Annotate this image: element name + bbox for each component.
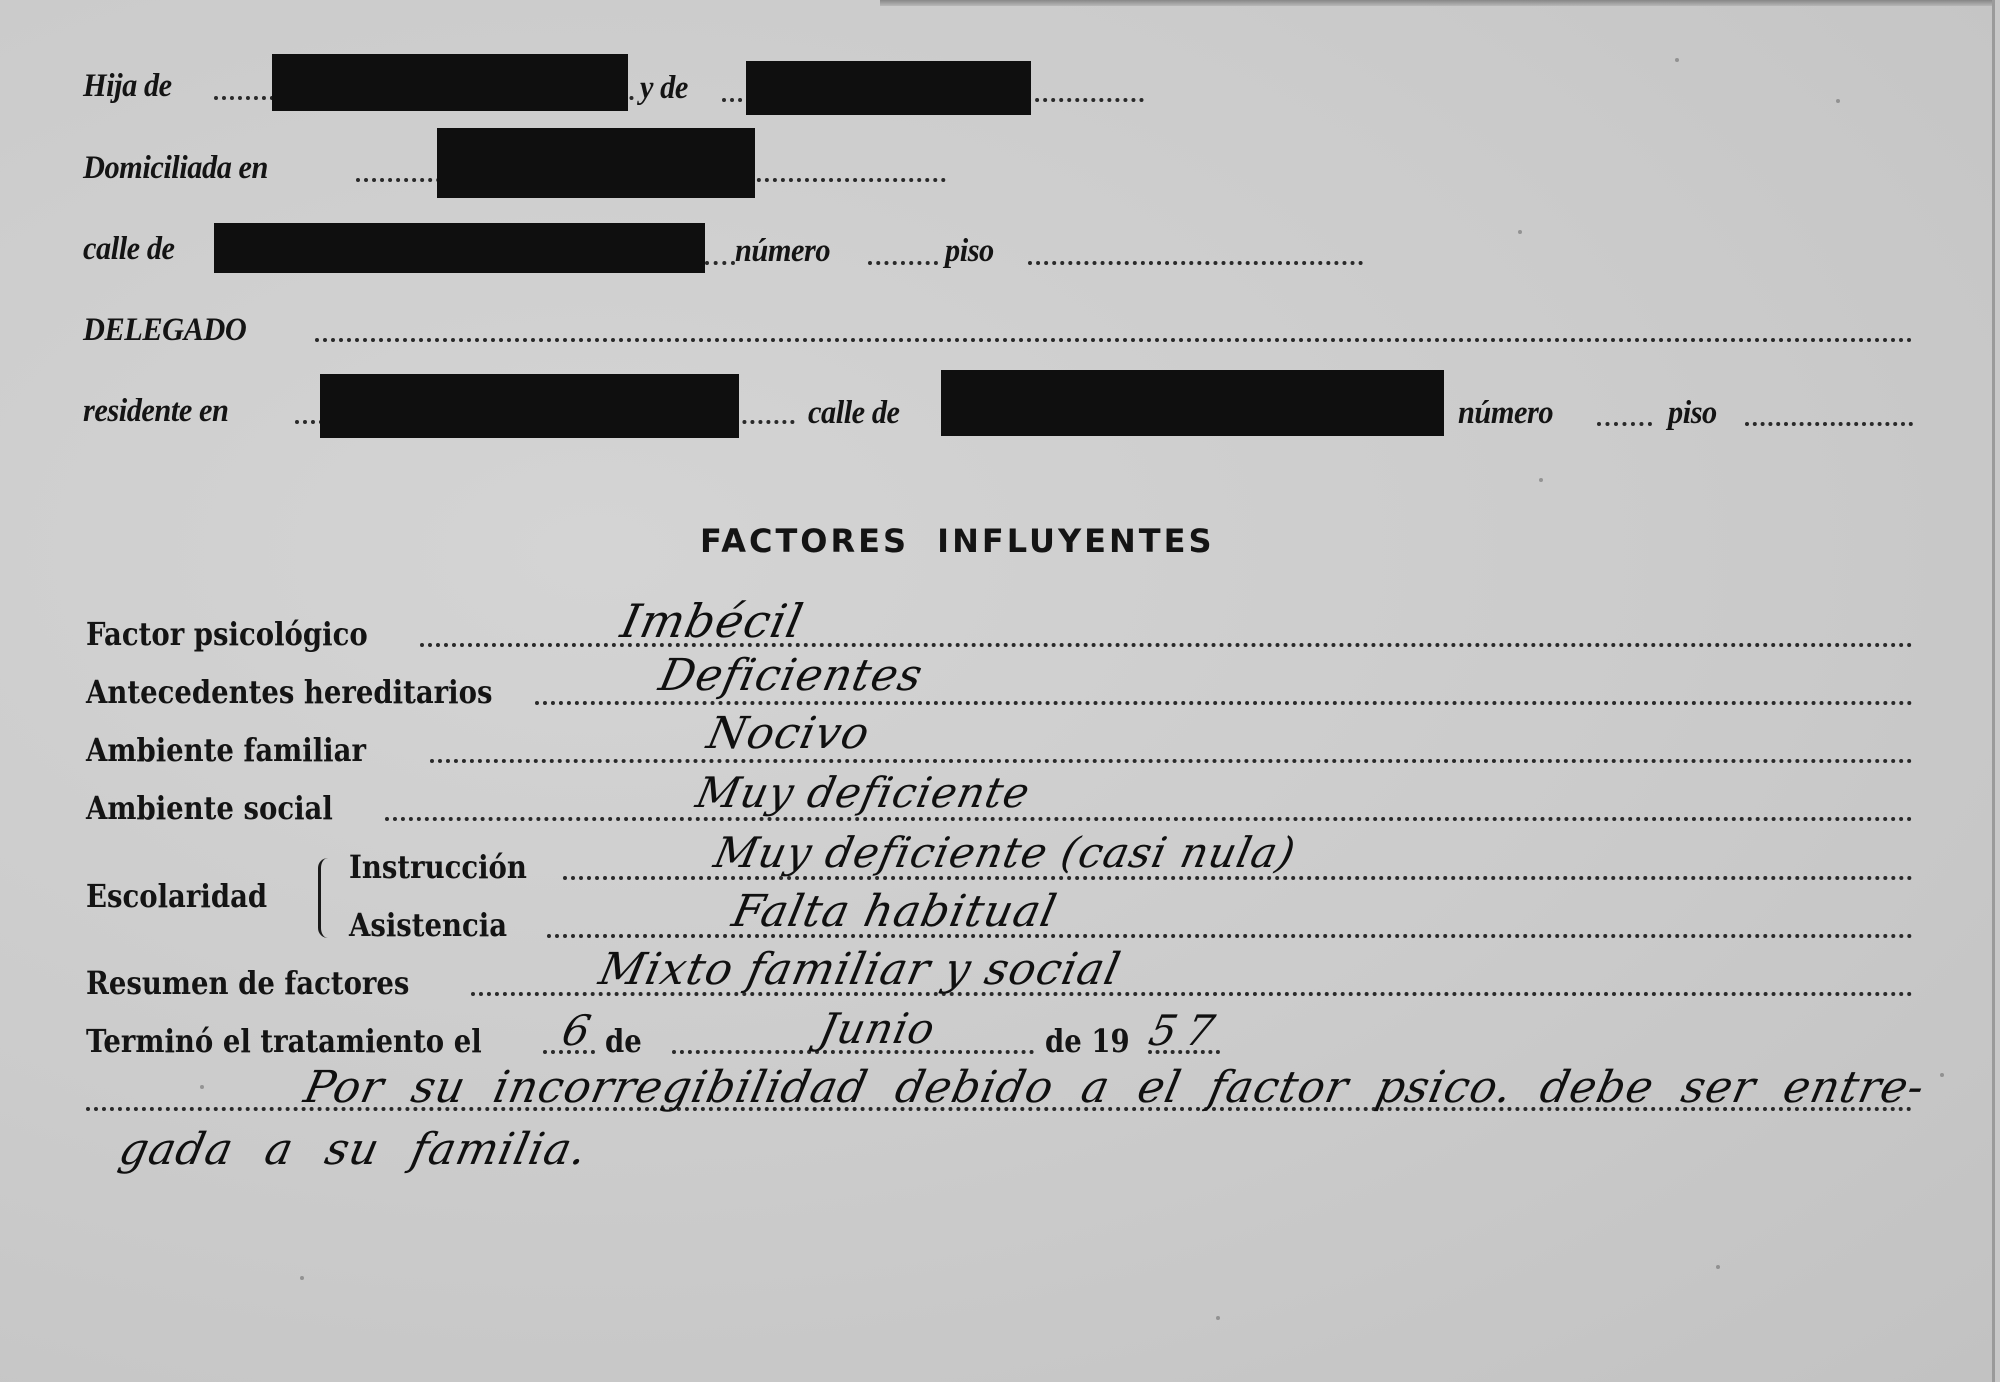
delegado-label: DELEGADO [83,314,246,347]
termino-year-value: 57 [1146,1010,1228,1052]
factor-label-ambiente-familiar: Ambiente familiar [86,734,366,766]
paper-speck [1716,1265,1720,1269]
factor-value-ambiente-social: Muy deficiente [693,772,1034,814]
factor-label-antecedentes: Antecedentes hereditarios [86,676,492,708]
redaction-box [746,61,1031,115]
note-line-2: gada a su familia. [115,1128,591,1172]
redaction-box [437,128,755,198]
factor-value-psicologico: Imbécil [617,598,807,644]
card-edge-shadow [880,0,1992,6]
document-card: Hija de y de Domiciliada en calle de núm… [0,0,1995,1382]
factor-label-ambiente-social: Ambiente social [86,792,333,824]
numero-field-line [868,261,938,265]
redaction-box [320,374,739,438]
numero2-label: número [1458,397,1553,430]
paper-speck [300,1276,304,1280]
factor-label-psicologico: Factor psicológico [86,618,368,650]
factor-value-resumen: Mixto familiar y social [595,948,1124,992]
escolaridad-label: Escolaridad [86,880,267,912]
paper-speck [1539,478,1543,482]
domiciliada-label: Domiciliada en [83,152,268,185]
factor-label-instruccion: Instrucción [349,851,527,883]
factor-value-antecedentes: Deficientes [655,654,926,698]
piso-label: piso [945,235,994,268]
redaction-box [214,223,705,273]
y-de-label: y de [640,72,688,105]
delegado-field-line [315,338,1913,342]
factor-value-ambiente-familiar: Nocivo [703,712,873,756]
termino-de-label: de [605,1025,642,1057]
termino-label: Terminó el tratamiento el [86,1025,482,1057]
calle-field-line [705,261,735,265]
factor-line [430,759,1913,763]
termino-month-value: Junio [816,1008,940,1050]
redaction-box [272,54,628,111]
numero-label: número [735,235,830,268]
paper-speck [1836,99,1840,103]
factor-value-asistencia: Falta habitual [728,890,1060,934]
numero2-field-line [1597,422,1652,426]
residente-label: residente en [83,395,228,428]
paper-speck [1216,1316,1220,1320]
calle-label: calle de [83,233,175,266]
factor-line [385,817,1913,821]
paper-speck [1675,58,1679,62]
piso2-field-line [1745,422,1913,426]
calle2-label: calle de [808,397,900,430]
termino-day-value: 6 [559,1010,596,1052]
piso2-label: piso [1668,397,1717,430]
note-line-1: Por su incorregibilidad debido a el fact… [300,1066,1928,1110]
paper-speck [1940,1073,1944,1077]
hija-de-label: Hija de [83,70,172,103]
paper-speck [1518,230,1522,234]
factor-label-asistencia: Asistencia [349,909,507,941]
redaction-box [941,370,1444,436]
escolaridad-brace [318,858,331,938]
factor-line [535,701,1913,705]
paper-speck [200,1085,204,1089]
section-title: FACTORES INFLUYENTES [700,525,1214,557]
factor-label-resumen: Resumen de factores [86,967,409,999]
factor-value-instruccion: Muy deficiente (casi nula) [711,832,1300,874]
piso-field-line [1028,261,1363,265]
termino-year-label: de 19 [1045,1025,1130,1057]
